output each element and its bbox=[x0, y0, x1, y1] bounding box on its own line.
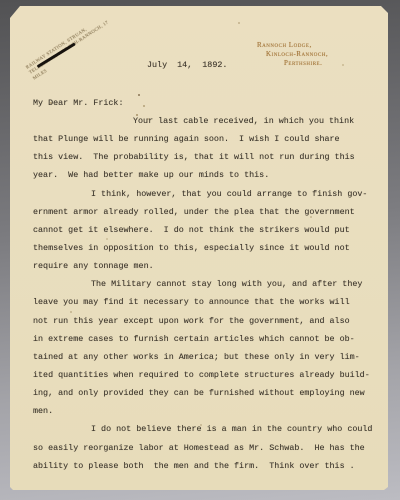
letter-line: ernment armor already rolled, under the … bbox=[33, 203, 374, 221]
letter-line: The Military cannot stay long with you, … bbox=[33, 275, 374, 293]
letter-line: I do not believe there is a man in the c… bbox=[33, 420, 374, 438]
letter-line: ited quantities when required to complet… bbox=[33, 366, 374, 384]
letter-line: year. We had better make up our minds to… bbox=[33, 166, 374, 184]
stamp-line-2: TELEGRAMS, KINLOCH-RANNOCH, 17 MILES bbox=[28, 16, 119, 81]
letter-line: this view. The probability is, that it w… bbox=[33, 148, 374, 166]
letter-line: tained at any other works in America; bu… bbox=[33, 348, 374, 366]
letterhead-lodge: Rannoch Lodge, bbox=[257, 41, 328, 50]
letterhead-address: Rannoch Lodge, Kinloch-Rannoch, Perthshi… bbox=[257, 41, 328, 68]
letter-line: cannot get it elsewhere. I do not think … bbox=[33, 221, 374, 239]
letterhead-town: Kinloch-Rannoch, bbox=[266, 50, 328, 59]
date-line: July 14, 1892. bbox=[147, 60, 227, 70]
salutation: My Dear Mr. Frick: bbox=[33, 98, 123, 108]
paper-foxing-speckles bbox=[10, 6, 12, 8]
letter-page: RAILWAY STATION, STRUAN, TELEGRAMS, KINL… bbox=[10, 6, 388, 490]
letter-line: require any tonnage men. bbox=[33, 257, 374, 275]
letter-line: that Plunge will be running again soon. … bbox=[33, 130, 374, 148]
letter-line: I think, however, that you could arrange… bbox=[33, 185, 374, 203]
letter-line: ing, and only provided they can be furni… bbox=[33, 384, 374, 402]
letter-line: in extreme cases to furnish certain arti… bbox=[33, 330, 374, 348]
letter-line: men. bbox=[33, 402, 374, 420]
letter-line: themselves in opposition to this, especi… bbox=[33, 239, 374, 257]
letterhead-county: Perthshire. bbox=[284, 59, 328, 68]
scanned-letter-screenshot: { "page": { "colors": { "paper": "#e9dec… bbox=[0, 0, 400, 500]
letter-body: Your last cable received, in which you t… bbox=[33, 112, 374, 475]
stamp-line-1: RAILWAY STATION, STRUAN, bbox=[25, 11, 112, 71]
station-address-stamp: RAILWAY STATION, STRUAN, TELEGRAMS, KINL… bbox=[25, 11, 119, 82]
letter-line: ability to please both the men and the f… bbox=[33, 457, 374, 475]
letter-line: leave you may find it necessary to annou… bbox=[33, 293, 374, 311]
letter-line: so easily reorganize labor at Homestead … bbox=[33, 439, 374, 457]
letter-line: Your last cable received, in which you t… bbox=[33, 112, 374, 130]
letter-line: not run this year except upon work for t… bbox=[33, 312, 374, 330]
